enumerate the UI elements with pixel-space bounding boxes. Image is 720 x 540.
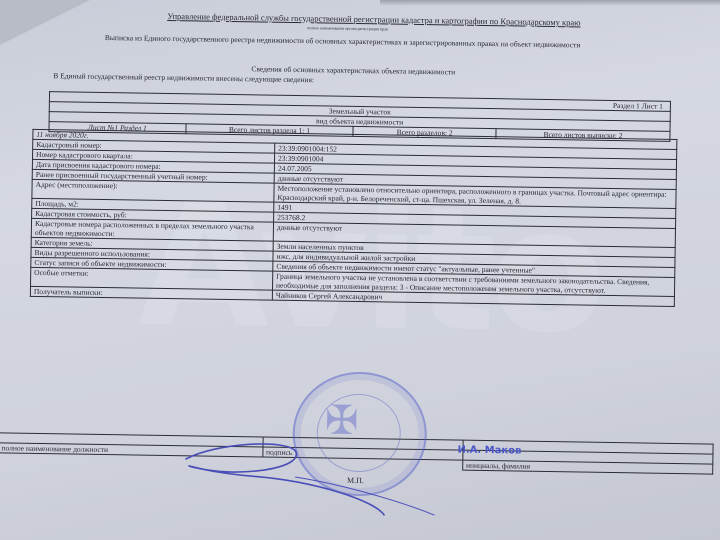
authority-title: Управление федеральной службы государств… [167,11,580,27]
coat-of-arms-icon: ✠ [325,397,359,444]
document-page: Avito Управление федеральной службы госу… [0,0,720,540]
stamped-name: И.А. Маков [457,445,521,457]
extract-title: Выписка из Единого государственного реес… [105,33,581,49]
authority-caption: полное наименование органа регистрации п… [307,25,388,31]
characteristics-table: 11 ноября 2020г. Кадастровый номер:23:39… [30,129,678,307]
handwritten-signature [174,437,455,521]
